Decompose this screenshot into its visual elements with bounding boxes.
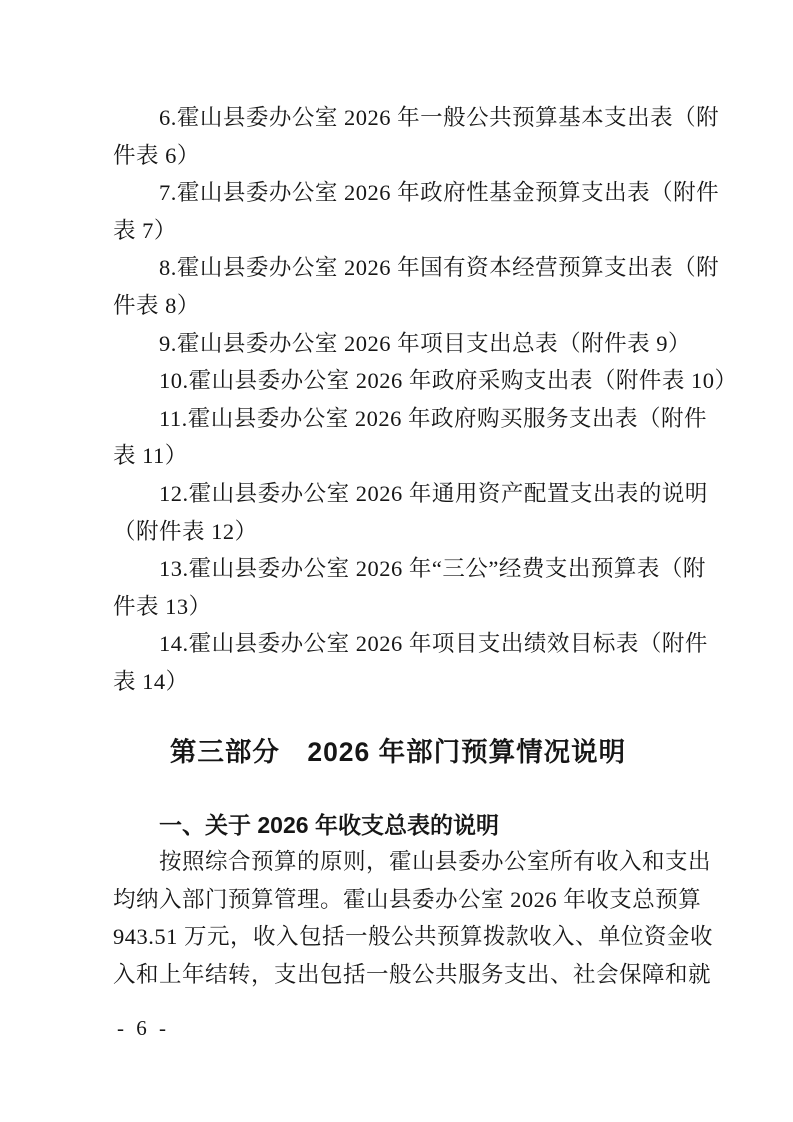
attachment-item-line: 8.霍山县委办公室 2026 年国有资本经营预算支出表（附: [113, 249, 693, 287]
attachment-item-line: 表 11）: [113, 437, 693, 475]
paragraph-line: 均纳入部门预算管理。霍山县委办公室 2026 年收支总预算: [113, 881, 693, 919]
attachment-item-line: 10.霍山县委办公室 2026 年政府采购支出表（附件表 10）: [113, 362, 693, 400]
attachment-item-line: 件表 6）: [113, 137, 693, 175]
attachment-item-line: 表 7）: [113, 212, 693, 250]
paragraph-line: 943.51 万元，收入包括一般公共预算拨款收入、单位资金收: [113, 918, 693, 956]
attachment-item-line: 表 14）: [113, 663, 693, 701]
paragraph-line: 入和上年结转，支出包括一般公共服务支出、社会保障和就: [113, 956, 693, 994]
attachment-item-line: 件表 13）: [113, 588, 693, 626]
body-paragraph: 按照综合预算的原则，霍山县委办公室所有收入和支出均纳入部门预算管理。霍山县委办公…: [113, 843, 693, 993]
paragraph-line: 按照综合预算的原则，霍山县委办公室所有收入和支出: [113, 843, 693, 881]
attachment-item-line: 13.霍山县委办公室 2026 年“三公”经费支出预算表（附: [113, 550, 693, 588]
attachment-item-line: 7.霍山县委办公室 2026 年政府性基金预算支出表（附件: [113, 174, 693, 212]
subsection-heading: 一、关于 2026 年收支总表的说明: [113, 810, 693, 841]
attachment-item-line: 14.霍山县委办公室 2026 年项目支出绩效目标表（附件: [113, 625, 693, 663]
section-title: 第三部分 2026 年部门预算情况说明: [113, 735, 683, 769]
attachment-item-line: 件表 8）: [113, 287, 693, 325]
document-page: 6.霍山县委办公室 2026 年一般公共预算基本支出表（附件表 6）7.霍山县委…: [0, 0, 793, 1122]
attachment-item-line: 12.霍山县委办公室 2026 年通用资产配置支出表的说明: [113, 475, 693, 513]
attachment-list: 6.霍山县委办公室 2026 年一般公共预算基本支出表（附件表 6）7.霍山县委…: [113, 99, 693, 701]
attachment-item-line: （附件表 12）: [113, 513, 693, 551]
attachment-item-line: 11.霍山县委办公室 2026 年政府购买服务支出表（附件: [113, 400, 693, 438]
attachment-item-line: 6.霍山县委办公室 2026 年一般公共预算基本支出表（附: [113, 99, 693, 137]
page-number: - 6 -: [117, 1015, 166, 1041]
attachment-item-line: 9.霍山县委办公室 2026 年项目支出总表（附件表 9）: [113, 325, 693, 363]
